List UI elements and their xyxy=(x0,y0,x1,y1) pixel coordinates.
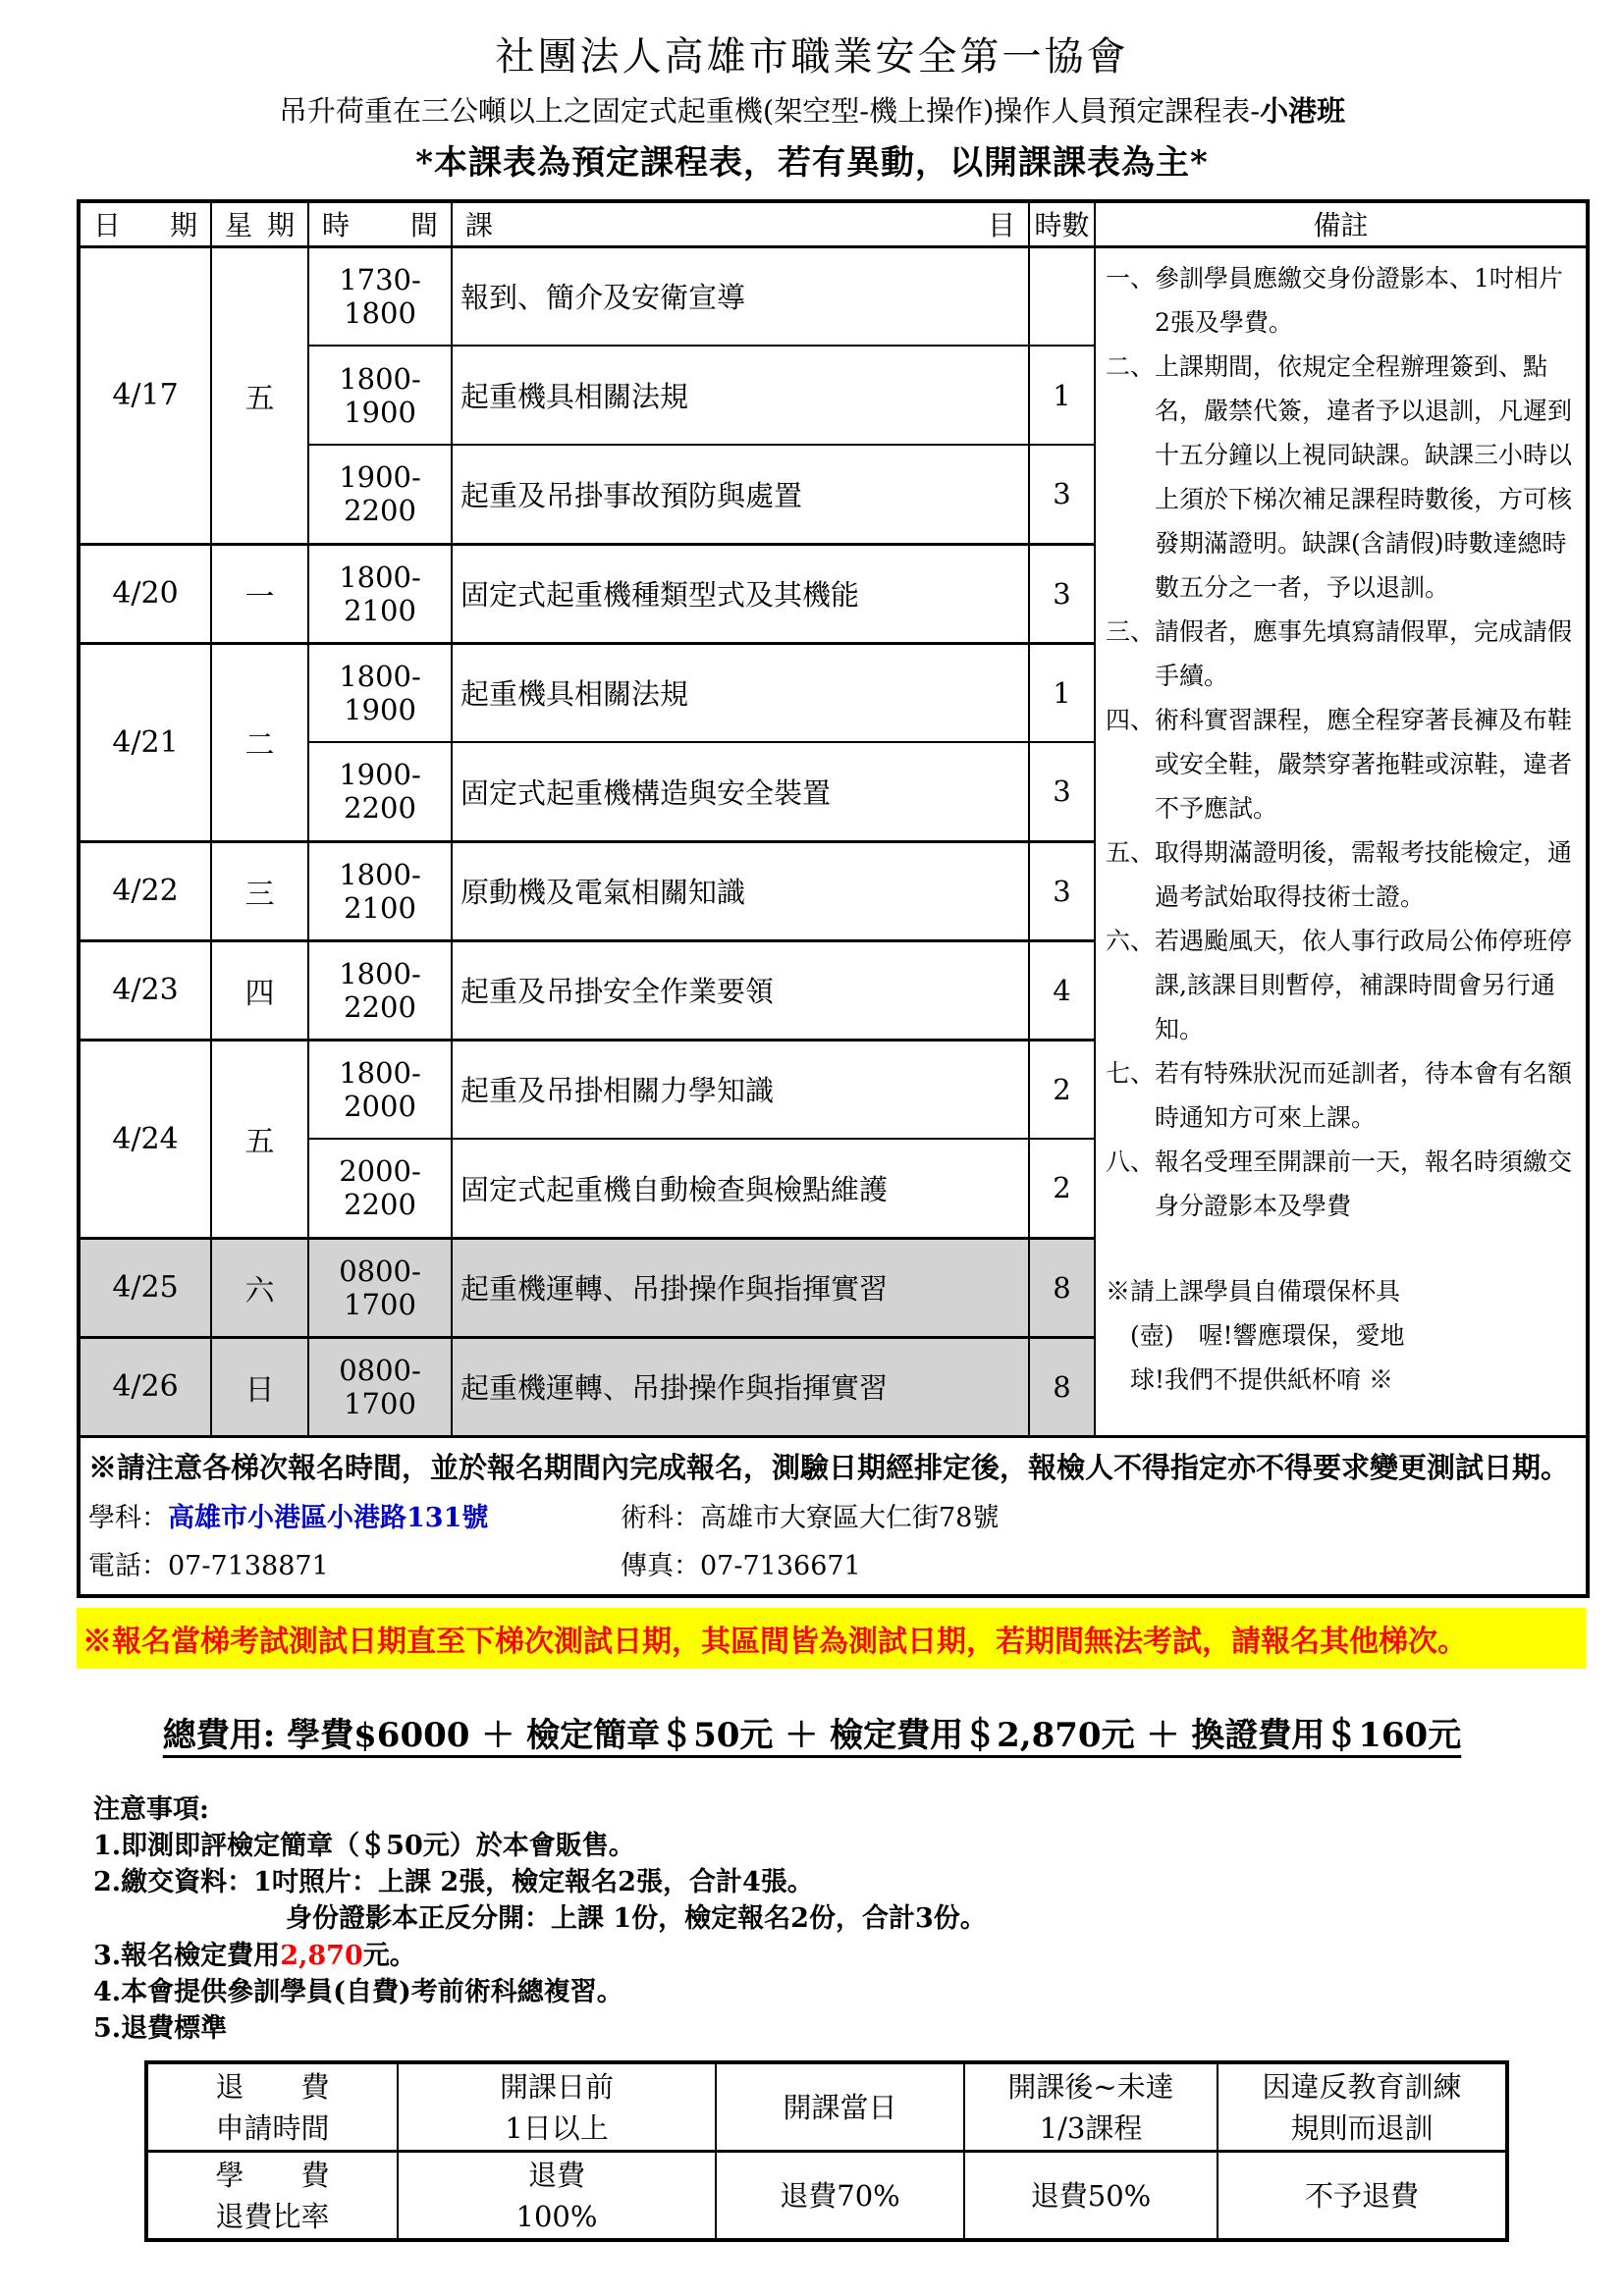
remark-item: 三、請假者，應事先填寫請假單，完成請假手續。 xyxy=(1106,610,1578,698)
refund-value-cell: 不予退費 xyxy=(1218,2152,1507,2241)
remarks-cell: 一、參訓學員應繳交身份證影本、1吋相片2張及學費。 二、上課期間，依規定全程辦理… xyxy=(1095,246,1588,1436)
eco-note-line: (壺) 喔!響應環保，愛地 xyxy=(1106,1313,1578,1358)
refund-header-cell: 開課日前 1日以上 xyxy=(398,2062,716,2152)
hours-cell: 2 xyxy=(1029,1139,1095,1238)
remark-item: 四、術科實習課程，應全程穿著長褲及布鞋或安全鞋，嚴禁穿著拖鞋或涼鞋，違者不予應試… xyxy=(1106,698,1578,830)
remark-item: 一、參訓學員應繳交身份證影本、1吋相片2張及學費。 xyxy=(1106,256,1578,345)
date-cell: 4/20 xyxy=(79,544,211,643)
remark-item: 二、上課期間，依規定全程辦理簽到、點名，嚴禁代簽，違者予以退訓，凡遲到十五分鐘以… xyxy=(1106,345,1578,610)
refund-header-cell: 開課後~未達 1/3課程 xyxy=(964,2062,1218,2152)
time-cell: 0800-1700 xyxy=(308,1238,452,1337)
hours-cell: 1 xyxy=(1029,346,1095,445)
eco-cup-note: ※請上課學員自備環保杯具 (壺) 喔!響應環保，愛地 球!我們不提供紙杯唷 ※ xyxy=(1106,1269,1578,1402)
contact-line: 電話：07-7138871傳真：07-7136671 xyxy=(88,1544,1578,1582)
header-weekday: 星期 xyxy=(211,201,308,246)
header-time: 時間 xyxy=(308,201,452,246)
address-line: 學科：高雄市小港區小港路131號術科：高雄市大寮區大仁街78號 xyxy=(88,1496,1578,1534)
subject-cell: 報到、簡介及安衛宣導 xyxy=(452,246,1029,346)
header-date: 日期 xyxy=(79,201,211,246)
note-item-5: 5.退費標準 xyxy=(93,2010,1624,2047)
hours-cell: 3 xyxy=(1029,742,1095,841)
refund-header-row: 退 費 申請時間 開課日前 1日以上 開課當日 開課後~未達 1/3課程 因違反… xyxy=(146,2062,1507,2152)
remark-item: 六、若遇颱風天，依人事行政局公佈停班停課,該課目則暫停，補課時間會另行通知。 xyxy=(1106,919,1578,1051)
schedule-change-notice: *本課表為預定課程表，若有異動，以開課課表為主* xyxy=(0,135,1624,184)
course-schedule-table: 日期 星期 時間 課目 時數 備註 4/17 五 1730-1800 報到、簡介… xyxy=(77,199,1590,1598)
time-cell: 1800-2200 xyxy=(308,940,452,1040)
header-hours: 時數 xyxy=(1029,201,1095,246)
hours-cell: 8 xyxy=(1029,1238,1095,1337)
hours-cell: 3 xyxy=(1029,841,1095,940)
hours-cell: 2 xyxy=(1029,1040,1095,1139)
hours-cell: 3 xyxy=(1029,445,1095,544)
weekday-cell: 日 xyxy=(211,1337,308,1436)
refund-header-cell: 因違反教育訓練 規則而退訓 xyxy=(1218,2062,1507,2152)
subject-cell: 固定式起重機構造與安全裝置 xyxy=(452,742,1029,841)
refund-header-cell: 退 費 申請時間 xyxy=(146,2062,398,2152)
time-cell: 2000-2200 xyxy=(308,1139,452,1238)
note-item-2b: 身份證影本正反分開：上課 1份，檢定報名2份，合計3份。 xyxy=(93,1900,1624,1937)
note-item-4: 4.本會提供參訓學員(自費)考前術科總複習。 xyxy=(93,1974,1624,2010)
weekday-cell: 四 xyxy=(211,940,308,1040)
time-cell: 0800-1700 xyxy=(308,1337,452,1436)
hours-cell: 8 xyxy=(1029,1337,1095,1436)
fax-number: 07-7136671 xyxy=(700,1551,861,1581)
page-title: 社團法人高雄市職業安全第一協會 xyxy=(0,0,1624,81)
practical-label: 術科： xyxy=(621,1503,700,1533)
hours-cell: 3 xyxy=(1029,544,1095,643)
eco-note-line: 球!我們不提供紙杯唷 ※ xyxy=(1106,1358,1578,1402)
page-subtitle: 吊升荷重在三公噸以上之固定式起重機(架空型-機上操作)操作人員預定課程表-小港班 xyxy=(0,89,1624,130)
date-cell: 4/22 xyxy=(79,841,211,940)
date-cell: 4/24 xyxy=(79,1040,211,1238)
time-cell: 1800-1900 xyxy=(308,346,452,445)
note-item-2: 2.繳交資料：1吋照片：上課 2張，檢定報名2張，合計4張。 xyxy=(93,1864,1624,1900)
note-item-3: 3.報名檢定費用2,870元。 xyxy=(93,1938,1624,1974)
exam-fee-amount: 2,870 xyxy=(280,1941,363,1971)
weekday-cell: 五 xyxy=(211,1040,308,1238)
subject-cell: 固定式起重機自動檢查與檢點維護 xyxy=(452,1139,1029,1238)
subject-cell: 原動機及電氣相關知識 xyxy=(452,841,1029,940)
time-cell: 1900-2200 xyxy=(308,445,452,544)
table-row: 4/17 五 1730-1800 報到、簡介及安衛宣導 一、參訓學員應繳交身份證… xyxy=(79,246,1588,346)
time-cell: 1730-1800 xyxy=(308,246,452,346)
weekday-cell: 五 xyxy=(211,246,308,544)
notes-section: 注意事項: 1.即測即評檢定簡章（＄50元）於本會販售。 2.繳交資料：1吋照片… xyxy=(93,1791,1624,2048)
fax-label: 傳真： xyxy=(621,1551,700,1581)
theory-label: 學科： xyxy=(88,1503,168,1533)
theory-address: 高雄市小港區小港路131號 xyxy=(168,1503,488,1533)
subject-cell: 起重及吊掛事故預防與處置 xyxy=(452,445,1029,544)
remark-item: 七、若有特殊狀況而延訓者，待本會有名額時通知方可來上課。 xyxy=(1106,1051,1578,1140)
subject-cell: 固定式起重機種類型式及其機能 xyxy=(452,544,1029,643)
weekday-cell: 二 xyxy=(211,643,308,841)
hours-cell: 4 xyxy=(1029,940,1095,1040)
subject-cell: 起重及吊掛相關力學知識 xyxy=(452,1040,1029,1139)
subject-cell: 起重機運轉、吊掛操作與指揮實習 xyxy=(452,1337,1029,1436)
header-subject: 課目 xyxy=(452,201,1029,246)
phone-number: 07-7138871 xyxy=(168,1551,329,1581)
practical-address: 高雄市大寮區大仁街78號 xyxy=(700,1503,999,1533)
time-cell: 1800-2100 xyxy=(308,544,452,643)
time-cell: 1900-2200 xyxy=(308,742,452,841)
weekday-cell: 一 xyxy=(211,544,308,643)
date-cell: 4/25 xyxy=(79,1238,211,1337)
table-footer-row: ※請注意各梯次報名時間，並於報名期間內完成報名，測驗日期經排定後，報檢人不得指定… xyxy=(79,1436,1588,1596)
subject-cell: 起重機具相關法規 xyxy=(452,346,1029,445)
total-fee-line: 總費用: 學費$6000 ＋ 檢定簡章＄50元 ＋ 檢定費用＄2,870元 ＋ … xyxy=(163,1708,1461,1756)
refund-value-cell: 退費70% xyxy=(716,2152,964,2241)
refund-policy-table: 退 費 申請時間 開課日前 1日以上 開課當日 開課後~未達 1/3課程 因違反… xyxy=(144,2060,1509,2242)
exam-date-alert-banner: ※報名當梯考試測試日期直至下梯次測試日期，其區間皆為測試日期，若期間無法考試，請… xyxy=(77,1608,1586,1669)
subtitle-class-name: 小港班 xyxy=(1260,94,1345,128)
refund-value-cell: 退費50% xyxy=(964,2152,1218,2241)
schedule-header-row: 日期 星期 時間 課目 時數 備註 xyxy=(79,201,1588,246)
refund-header-cell: 開課當日 xyxy=(716,2062,964,2152)
header-remarks: 備註 xyxy=(1095,201,1588,246)
note-item-1: 1.即測即評檢定簡章（＄50元）於本會販售。 xyxy=(93,1828,1624,1864)
remark-item: 五、取得期滿證明後，需報考技能檢定，通過考試始取得技術士證。 xyxy=(1106,830,1578,919)
time-cell: 1800-2000 xyxy=(308,1040,452,1139)
phone-label: 電話： xyxy=(88,1551,168,1581)
time-cell: 1800-1900 xyxy=(308,643,452,742)
weekday-cell: 六 xyxy=(211,1238,308,1337)
remark-item: 八、報名受理至開課前一天，報名時須繳交身分證影本及學費 xyxy=(1106,1140,1578,1228)
refund-value-cell: 退費 100% xyxy=(398,2152,716,2241)
date-cell: 4/17 xyxy=(79,246,211,544)
eco-note-line: ※請上課學員自備環保杯具 xyxy=(1106,1269,1578,1313)
course-schedule-document: { "colors": { "highlight_bg": "#ffff00",… xyxy=(0,0,1624,2296)
refund-value-row: 學 費 退費比率 退費 100% 退費70% 退費50% 不予退費 xyxy=(146,2152,1507,2241)
notes-title: 注意事項: xyxy=(93,1791,1624,1828)
time-cell: 1800-2100 xyxy=(308,841,452,940)
hours-cell xyxy=(1029,246,1095,346)
subtitle-main: 吊升荷重在三公噸以上之固定式起重機(架空型-機上操作)操作人員預定課程表- xyxy=(279,94,1260,128)
refund-value-cell: 學 費 退費比率 xyxy=(146,2152,398,2241)
subject-cell: 起重機具相關法規 xyxy=(452,643,1029,742)
subject-cell: 起重及吊掛安全作業要領 xyxy=(452,940,1029,1040)
date-cell: 4/26 xyxy=(79,1337,211,1436)
date-cell: 4/21 xyxy=(79,643,211,841)
subject-cell: 起重機運轉、吊掛操作與指揮實習 xyxy=(452,1238,1029,1337)
date-cell: 4/23 xyxy=(79,940,211,1040)
weekday-cell: 三 xyxy=(211,841,308,940)
registration-note: ※請注意各梯次報名時間，並於報名期間內完成報名，測驗日期經排定後，報檢人不得指定… xyxy=(88,1446,1578,1486)
hours-cell: 1 xyxy=(1029,643,1095,742)
